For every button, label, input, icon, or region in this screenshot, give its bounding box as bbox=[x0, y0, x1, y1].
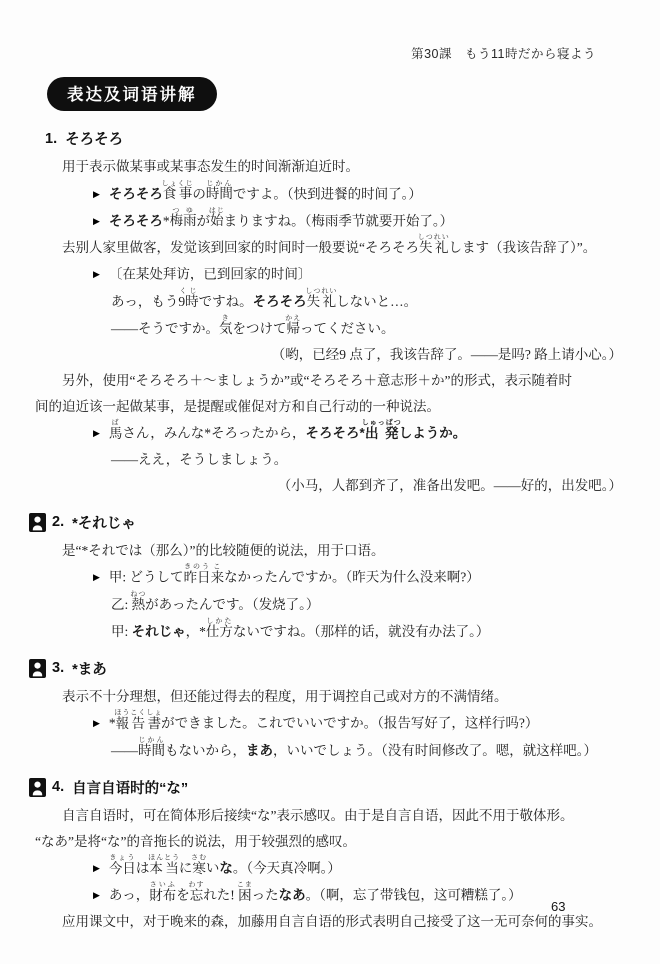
text-segment: 〔在某处拜访，已到回家的时间〕 bbox=[109, 267, 312, 282]
right-triangle-bullet-icon: ▶ bbox=[93, 420, 100, 446]
text-segment: —— bbox=[111, 743, 138, 758]
text-line: 甲: それじゃ，*仕方しかたないですね。（那样的话，就没有办法了。） bbox=[35, 618, 622, 645]
text-segment: ができました。これでいいですか。（报告写好了，这样行吗?） bbox=[161, 716, 538, 731]
ruby-text: 出発しゅっぱつ bbox=[365, 426, 399, 441]
ruby-text: 時間じかん bbox=[206, 186, 233, 201]
ruby-text: 時間じかん bbox=[138, 743, 165, 758]
section-title-badge: 表达及词语讲解 bbox=[47, 77, 217, 111]
text-line: ——そうですか。気きをつけて帰かえってください。 bbox=[35, 315, 622, 342]
text-segment: 甲: どうして bbox=[109, 570, 184, 585]
text-segment: “なあ”是将“な”的音拖长的说法，用于较强烈的感叹。 bbox=[35, 834, 356, 849]
text-segment: まりますね。（梅雨季节就要开始了。） bbox=[224, 213, 454, 228]
text-segment: った bbox=[252, 888, 279, 903]
ruby-text: 熱ねつ bbox=[132, 597, 146, 612]
section-body: 用于表示做某事或某事态发生的时间渐渐迫近时。▶そろそろ食事しょくじの時間じかんで… bbox=[35, 154, 622, 499]
section-title: 自言自语时的“な” bbox=[72, 777, 188, 798]
text-segment: なかったんですか。（昨天为什么没来啊?） bbox=[224, 570, 480, 585]
section-maa: 3. *まあ 表示不十分理想，但还能过得去的程度，用于调控自己或对方的不满情绪。… bbox=[35, 658, 622, 764]
section-number: 4. bbox=[52, 779, 64, 795]
text-segment: を bbox=[176, 888, 190, 903]
ruby-text: 9時くじ bbox=[178, 294, 198, 309]
ruby-text: 梅雨つゆ bbox=[170, 213, 197, 228]
section-heading: 4. 自言自语时的“な” bbox=[35, 777, 622, 798]
section-number: 1. bbox=[45, 131, 57, 147]
example-line: ▶そろそろ食事しょくじの時間じかんですよ。（快到进餐的时间了。） bbox=[35, 180, 622, 207]
text-segment: 。（啊，忘了带钱包，这可糟糕了。） bbox=[306, 888, 522, 903]
text-segment: （小马，人都到齐了，准备出发吧。——好的，出发吧。） bbox=[278, 478, 622, 493]
ruby-text: 困こま bbox=[238, 888, 252, 903]
text-line: 是“*それでは（那么）”的比较随便的说法，用于口语。 bbox=[35, 538, 622, 564]
text-segment: あっ，もう bbox=[111, 294, 178, 309]
text-segment: ——そうですか。 bbox=[111, 321, 219, 336]
text-segment: まあ bbox=[246, 743, 273, 758]
text-line: 另外，使用“そろそろ＋～ましょうか”或“そろそろ＋意志形＋か”的形式，表示随着时 bbox=[35, 368, 622, 394]
text-line: 用于表示做某事或某事态发生的时间渐渐迫近时。 bbox=[35, 154, 622, 180]
section-heading: 3. *まあ bbox=[35, 658, 622, 679]
example-line: ▶今日きょうは本当ほんとうに寒さむいな。（今天真冷啊。） bbox=[35, 855, 622, 882]
text-line: 表示不十分理想，但还能过得去的程度，用于调控自己或对方的不满情绪。 bbox=[35, 684, 622, 710]
text-segment: 应用课文中，对于晚来的森，加藤用自言自语的形式表明自己接受了这一无可奈何的事实。 bbox=[62, 914, 602, 929]
ruby-text: 失礼しつれい bbox=[419, 240, 449, 255]
text-segment: 是“*それでは（那么）”的比较随便的说法，用于口语。 bbox=[62, 543, 384, 558]
right-triangle-bullet-icon: ▶ bbox=[93, 564, 100, 590]
text-line: 去别人家里做客，发觉该到回家的时间时一般要说“そろそろ失礼しつれいします（我该告… bbox=[35, 234, 622, 261]
page-number: 63 bbox=[551, 899, 565, 914]
text-segment: ，いいでしょう。（没有时间修改了。嗯，就这样吧。） bbox=[273, 743, 597, 758]
example-line: ▶馬ばさん，みんな*そろったから，そろそろ*出発しゅっぱつしようか。 bbox=[35, 420, 622, 447]
text-segment: ——ええ，そうしましょう。 bbox=[111, 452, 287, 467]
section-title: *まあ bbox=[72, 658, 107, 679]
text-segment: そろそろ* bbox=[305, 426, 364, 441]
ruby-text: 本当ほんとう bbox=[149, 861, 179, 876]
text-line: 应用课文中，对于晚来的森，加藤用自言自语的形式表明自己接受了这一无可奈何的事实。 bbox=[35, 909, 622, 935]
ruby-text: 寒さむ bbox=[192, 861, 206, 876]
text-segment: の bbox=[192, 186, 206, 201]
text-segment: 甲: bbox=[111, 624, 132, 639]
section-body: 自言自语时，可在简体形后接续“な”表示感叹。由于是自言自语，因此不用于敬体形。“… bbox=[35, 803, 622, 935]
mascot-icon bbox=[29, 513, 46, 532]
right-triangle-bullet-icon: ▶ bbox=[93, 882, 100, 908]
right-triangle-bullet-icon: ▶ bbox=[93, 261, 100, 287]
text-segment: ってください。 bbox=[300, 321, 395, 336]
text-segment: 去别人家里做客，发觉该到回家的时间时一般要说“そろそろ bbox=[62, 240, 419, 255]
text-line: 间的迫近该一起做某事，是提醒或催促对方和自己行动的一种说法。 bbox=[35, 394, 622, 420]
text-segment: もないから， bbox=[165, 743, 246, 758]
example-line: ▶甲: どうして昨日きのう来こなかったんですか。（昨天为什么没来啊?） bbox=[35, 564, 622, 591]
section-body: 表示不十分理想，但还能过得去的程度，用于调控自己或对方的不满情绪。▶*報告書ほう… bbox=[35, 684, 622, 764]
text-segment: そろそろ bbox=[253, 294, 307, 309]
text-segment: をつけて bbox=[233, 321, 287, 336]
right-triangle-bullet-icon: ▶ bbox=[93, 181, 100, 207]
text-line: 乙: 熱ねつがあったんです。（发烧了。） bbox=[35, 591, 622, 618]
right-triangle-bullet-icon: ▶ bbox=[93, 855, 100, 881]
text-segment: 自言自语时，可在简体形后接续“な”表示感叹。由于是自言自语，因此不用于敬体形。 bbox=[62, 808, 573, 823]
text-segment: 。（今天真冷啊。） bbox=[233, 861, 341, 876]
text-segment: さん，みんな*そろったから， bbox=[122, 426, 305, 441]
text-segment: あっ， bbox=[109, 888, 149, 903]
section-sorosoro: 1. そろそろ 用于表示做某事或某事态发生的时间渐渐迫近时。▶そろそろ食事しょく… bbox=[35, 128, 622, 499]
textbook-page: 第30課 もう11時だから寝よう 表达及词语讲解 1. そろそろ 用于表示做某事… bbox=[0, 0, 660, 964]
section-body: 是“*それでは（那么）”的比较随便的说法，用于口语。▶甲: どうして昨日きのう来… bbox=[35, 538, 622, 645]
ruby-text: 報告書ほうこくしょ bbox=[116, 716, 162, 731]
mascot-icon bbox=[29, 659, 46, 678]
text-line: （小马，人都到齐了，准备出发吧。——好的，出发吧。） bbox=[35, 473, 622, 499]
text-segment: ですよ。（快到进餐的时间了。） bbox=[233, 186, 422, 201]
text-segment: * bbox=[163, 213, 170, 228]
ruby-text: 帰かえ bbox=[287, 321, 301, 336]
ruby-text: 気き bbox=[219, 321, 233, 336]
text-segment: しないと…。 bbox=[336, 294, 417, 309]
section-na: 4. 自言自语时的“な” 自言自语时，可在简体形后接续“な”表示感叹。由于是自言… bbox=[35, 777, 622, 935]
ruby-text: 失礼しつれい bbox=[307, 294, 337, 309]
text-segment: ，* bbox=[186, 624, 206, 639]
text-segment: 表示不十分理想，但还能过得去的程度，用于调控自己或对方的不满情绪。 bbox=[62, 689, 508, 704]
text-segment: なあ bbox=[279, 888, 306, 903]
example-line: ▶〔在某处拜访，已到回家的时间〕 bbox=[35, 261, 622, 288]
right-triangle-bullet-icon: ▶ bbox=[93, 710, 100, 736]
text-segment: 间的迫近该一起做某事，是提醒或催促对方和自己行动的一种说法。 bbox=[35, 399, 440, 414]
text-segment: ないですね。（那样的话，就没有办法了。） bbox=[233, 624, 490, 639]
text-segment: ですね。 bbox=[199, 294, 253, 309]
text-segment: 乙: bbox=[111, 597, 132, 612]
text-segment: い bbox=[206, 861, 220, 876]
text-line: “なあ”是将“な”的音拖长的说法，用于较强烈的感叹。 bbox=[35, 829, 622, 855]
example-line: ▶*報告書ほうこくしょができました。これでいいですか。（报告写好了，这样行吗?） bbox=[35, 710, 622, 737]
text-segment: しようか。 bbox=[399, 426, 467, 441]
text-line: （哟，已经9 点了，我该告辞了。——是吗? 路上请小心。） bbox=[35, 342, 622, 368]
text-segment: な bbox=[219, 861, 233, 876]
ruby-text: 馬ば bbox=[109, 426, 123, 441]
section-title: *それじゃ bbox=[72, 512, 136, 533]
section-heading: 1. そろそろ bbox=[35, 128, 622, 149]
ruby-text: 今日きょう bbox=[109, 861, 136, 876]
text-line: ——時間じかんもないから，まあ，いいでしょう。（没有时间修改了。嗯，就这样吧。） bbox=[35, 737, 622, 764]
text-segment: 用于表示做某事或某事态发生的时间渐渐迫近时。 bbox=[62, 159, 359, 174]
text-line: 自言自语时，可在简体形后接续“な”表示感叹。由于是自言自语，因此不用于敬体形。 bbox=[35, 803, 622, 829]
text-segment: します（我该告辞了）”。 bbox=[449, 240, 597, 255]
example-line: ▶そろそろ*梅雨つゆが始はじまりますね。（梅雨季节就要开始了。） bbox=[35, 207, 622, 234]
ruby-text: 食事しょくじ bbox=[163, 186, 193, 201]
ruby-text: 昨日きのう bbox=[184, 570, 211, 585]
section-number: 2. bbox=[52, 514, 64, 530]
section-heading: 2. *それじゃ bbox=[35, 512, 622, 533]
text-segment: （哟，已经9 点了，我该告辞了。——是吗? 路上请小心。） bbox=[272, 347, 622, 362]
ruby-text: 忘わす bbox=[190, 888, 204, 903]
text-segment: れた! bbox=[203, 888, 238, 903]
section-number: 3. bbox=[52, 660, 64, 676]
text-segment: があったんです。（发烧了。） bbox=[145, 597, 319, 612]
text-line: ——ええ，そうしましょう。 bbox=[35, 447, 622, 473]
text-line: あっ，もう9時くじですね。そろそろ失礼しつれいしないと…。 bbox=[35, 288, 622, 315]
text-segment: そろそろ bbox=[109, 213, 163, 228]
ruby-text: 始はじ bbox=[210, 213, 224, 228]
ruby-text: 来こ bbox=[211, 570, 225, 585]
right-triangle-bullet-icon: ▶ bbox=[93, 208, 100, 234]
ruby-text: 仕方しかた bbox=[206, 624, 233, 639]
running-header: 第30課 もう11時だから寝よう bbox=[35, 44, 622, 62]
text-segment: そろそろ bbox=[109, 186, 163, 201]
example-line: ▶あっ，財布さいふを忘わすれた! 困こまったなあ。（啊，忘了带钱包，这可糟糕了。… bbox=[35, 882, 622, 909]
mascot-icon bbox=[29, 778, 46, 797]
ruby-text: 財布さいふ bbox=[149, 888, 176, 903]
section-title: そろそろ bbox=[65, 128, 123, 149]
text-segment: 另外，使用“そろそろ＋～ましょうか”或“そろそろ＋意志形＋か”的形式，表示随着时 bbox=[62, 373, 572, 388]
text-segment: それじゃ bbox=[132, 624, 186, 639]
section-soreja: 2. *それじゃ 是“*それでは（那么）”的比较随便的说法，用于口语。▶甲: ど… bbox=[35, 512, 622, 645]
